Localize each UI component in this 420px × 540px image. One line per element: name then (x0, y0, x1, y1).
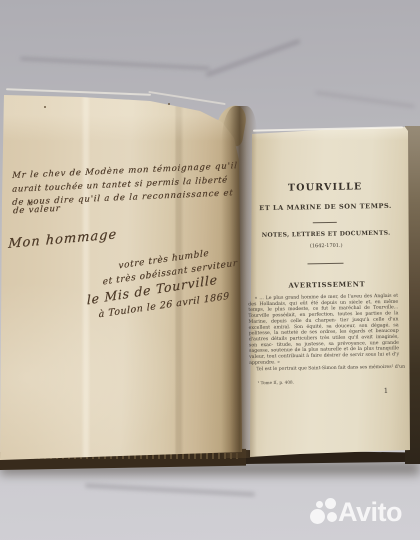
series-line: NOTES, LETTRES ET DOCUMENTS. (245, 229, 407, 239)
avertissement-paragraph: « ... Le plus grand homme de mer, de l'a… (248, 293, 399, 366)
marble-vein (85, 484, 255, 497)
book-photo: Mr le chev de Modène mon témoignage qu'i… (0, 0, 420, 540)
paper-speck (168, 103, 170, 105)
avito-logo-icon (327, 512, 337, 522)
book-subtitle: ET LA MARINE DE SON TEMPS. (244, 202, 406, 213)
page-edge-highlight (148, 91, 225, 105)
divider-rule (313, 222, 337, 223)
avito-logo-icon (316, 501, 323, 508)
avito-logo-icon (310, 509, 325, 524)
section-heading: AVERTISSEMENT (246, 280, 408, 291)
book-title: TOURVILLE (244, 181, 406, 195)
divider-rule (307, 263, 343, 265)
footnote: ¹ Tome II, p. 408. (258, 378, 368, 385)
avito-wordmark: Avito (338, 497, 402, 528)
avito-logo-icon (325, 498, 336, 509)
marble-vein (315, 91, 414, 108)
avito-watermark: Avito (308, 496, 420, 536)
title-page-content: TOURVILLE ET LA MARINE DE SON TEMPS. NOT… (243, 121, 411, 464)
page-edge-highlight (6, 88, 151, 96)
page-number: 1 (384, 387, 389, 395)
paper-speck (44, 106, 46, 108)
marble-vein (205, 39, 300, 77)
marble-vein (20, 57, 210, 70)
date-range: (1642-1701.) (245, 242, 407, 250)
